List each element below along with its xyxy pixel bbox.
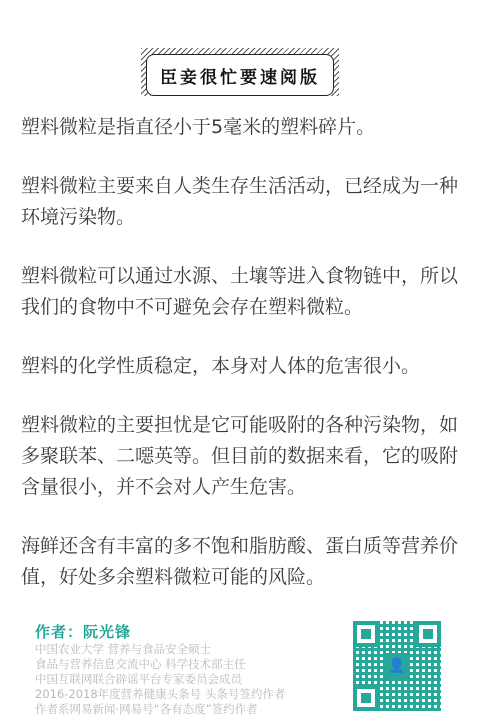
author-info: 作者：阮光锋 中国农业大学 营养与食品安全硕士 食品与营养信息交流中心 科学技术… <box>35 622 335 717</box>
page-title: 臣妾很忙要速阅版 <box>146 54 334 96</box>
article-body: 塑料微粒是指直径小于5毫米的塑料碎片。 塑料微粒主要来自人类生存生活活动，已经成… <box>21 112 466 621</box>
author-credential: 中国农业大学 营养与食品安全硕士 <box>35 642 335 657</box>
author-credential: 中国互联网联合辟谣平台专家委员会成员 <box>35 672 335 687</box>
title-banner: 臣妾很忙要速阅版 <box>141 48 339 96</box>
paragraph: 塑料微粒可以通过水源、土壤等进入食物链中，所以我们的食物中不可避免会存在塑料微粒… <box>21 261 466 323</box>
avatar-icon: 👤 <box>385 653 409 679</box>
paragraph: 塑料微粒的主要担忧是它可能吸附的各种污染物，如多聚联苯、二噁英等。但目前的数据来… <box>21 410 466 503</box>
author-credential: 作者系网易新闻·网易号“各有态度”签约作者 <box>35 702 335 717</box>
author-credential: 食品与营养信息交流中心 科学技术部主任 <box>35 657 335 672</box>
author-name: 作者：阮光锋 <box>35 622 335 642</box>
paragraph: 塑料的化学性质稳定，本身对人体的危害很小。 <box>21 351 466 382</box>
qr-code-icon[interactable]: 👤 <box>353 621 441 711</box>
qr-finder-icon <box>353 685 379 711</box>
author-credential: 2016-2018年度营养健康头条号 头条号签约作者 <box>35 687 335 702</box>
qr-finder-icon <box>415 621 441 647</box>
paragraph: 塑料微粒是指直径小于5毫米的塑料碎片。 <box>21 112 466 143</box>
paragraph: 塑料微粒主要来自人类生存生活活动，已经成为一种环境污染物。 <box>21 171 466 233</box>
paragraph: 海鲜还含有丰富的多不饱和脂肪酸、蛋白质等营养价值，好处多余塑料微粒可能的风险。 <box>21 531 466 593</box>
qr-finder-icon <box>353 621 379 647</box>
